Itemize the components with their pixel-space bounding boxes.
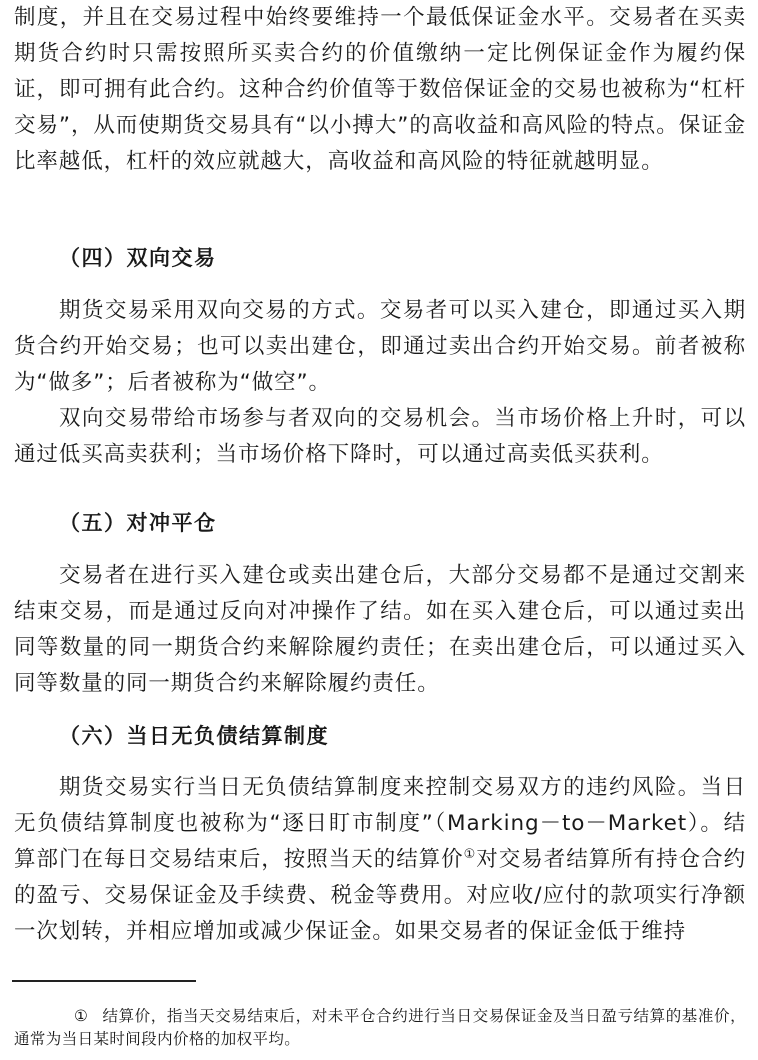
paragraph: 期货交易实行当日无负债结算制度来控制交易双方的违约风险。当日无负债结算制度也被称… — [14, 770, 746, 950]
footnote-divider — [12, 980, 196, 982]
section-heading: （五）对冲平仓 — [14, 505, 746, 541]
paragraph: 交易者在进行买入建仓或卖出建仓后，大部分交易都不是通过交割来结束交易，而是通过反… — [14, 558, 746, 702]
section-five-body: 交易者在进行买入建仓或卖出建仓后，大部分交易都不是通过交割来结束交易，而是通过反… — [14, 558, 746, 702]
footnote-text: 结算价，指当天交易结束后，对未平仓合约进行当日交易保证金及当日盈亏结算的基准价，… — [14, 1007, 746, 1048]
footnote-mark: ① — [44, 1005, 88, 1028]
continuation-paragraph: 制度，并且在交易过程中始终要维持一个最低保证金水平。交易者在买卖期货合约时只需按… — [14, 0, 746, 180]
paragraph: 期货交易采用双向交易的方式。交易者可以买入建仓，即通过买入期货合约开始交易；也可… — [14, 293, 746, 401]
footnote-item: ①结算价，指当天交易结束后，对未平仓合约进行当日交易保证金及当日盈亏结算的基准价… — [14, 1005, 746, 1051]
footnotes: ①结算价，指当天交易结束后，对未平仓合约进行当日交易保证金及当日盈亏结算的基准价… — [14, 1005, 746, 1051]
section-four-body: 期货交易采用双向交易的方式。交易者可以买入建仓，即通过买入期货合约开始交易；也可… — [14, 293, 746, 473]
footnote-reference[interactable]: ① — [464, 847, 477, 862]
section-six: （六）当日无负债结算制度 — [14, 718, 746, 754]
section-four: （四）双向交易 — [14, 240, 746, 276]
paragraph: 双向交易带给市场参与者双向的交易机会。当市场价格上升时，可以通过低买高卖获利；当… — [14, 401, 746, 473]
section-six-body: 期货交易实行当日无负债结算制度来控制交易双方的违约风险。当日无负债结算制度也被称… — [14, 770, 746, 950]
continuation-paragraph-block: 制度，并且在交易过程中始终要维持一个最低保证金水平。交易者在买卖期货合约时只需按… — [14, 0, 746, 180]
section-five: （五）对冲平仓 — [14, 505, 746, 541]
section-heading: （四）双向交易 — [14, 240, 746, 276]
section-heading: （六）当日无负债结算制度 — [14, 718, 746, 754]
